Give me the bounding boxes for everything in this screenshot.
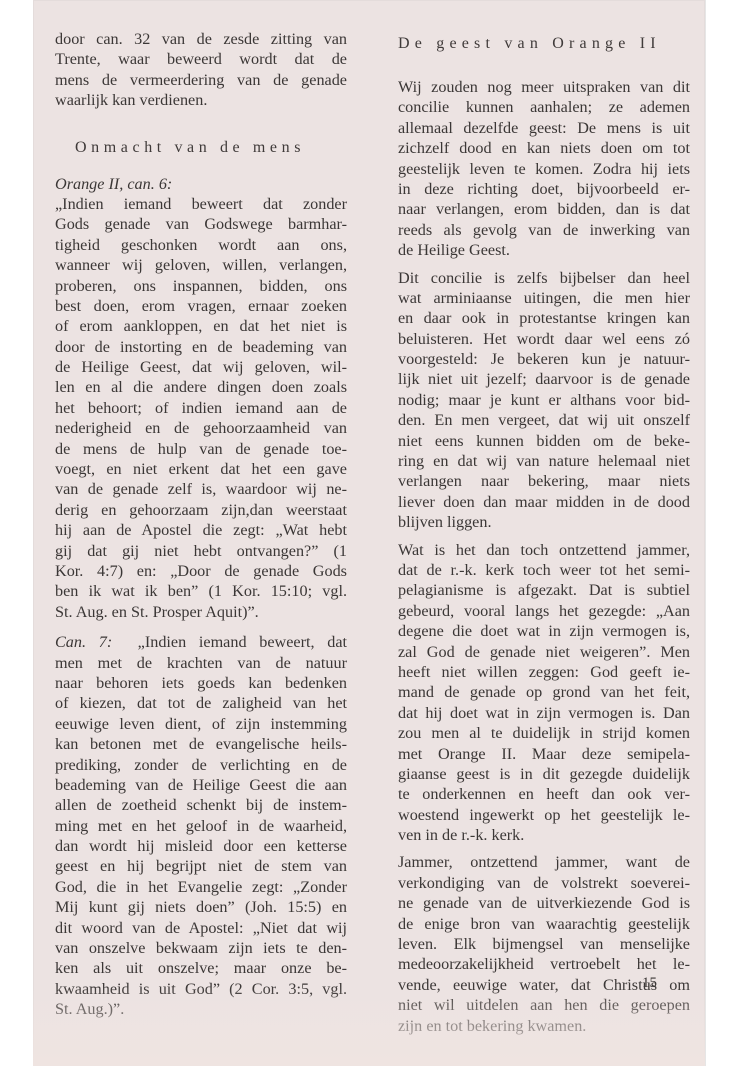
text-line: St. Aug. en St. Prosper Aquit)”.: [55, 602, 347, 622]
text-line: degene die doet wat in zijn vermogen is,: [398, 621, 690, 641]
text-line: zou men al te duidelijk in strijd komen: [398, 723, 690, 743]
spacer: [398, 55, 690, 77]
text-line: dan wordt hij misleid door een ketterse: [55, 836, 347, 856]
text-line: leven. Elk bijmengsel van menselijke: [398, 934, 690, 954]
text-line: en daar ook in protestantse kringen kan: [398, 308, 690, 328]
spacer: [55, 159, 347, 174]
text-line: zichzelf dood en kan niets doen om tot: [398, 138, 690, 158]
text-line: derig en gehoorzaam zijn,dan weerstaat: [55, 500, 347, 520]
text-line: St. Aug.)”.: [55, 999, 347, 1019]
text-line: dat de r.-k. kerk toch weer tot het semi…: [398, 560, 690, 580]
text-line: verkondiging van de volstrekt soeverei-: [398, 873, 690, 893]
text-line: van onszelve bekwaam zijn iets te den-: [55, 938, 347, 958]
text-line: de mens de hulp van de genade toe-: [55, 439, 347, 459]
text-line: Gods genade van Godswege barmhar-: [55, 214, 347, 234]
text-line: dit woord van de Apostel: „Niet dat wij: [55, 918, 347, 938]
text-line: Kor. 4:7) en: „Door de genade Gods: [55, 561, 347, 581]
paragraph-3: Wat is het dan toch ontzettend jammer, d…: [398, 540, 690, 846]
text-line: de Heilige Geest.: [398, 240, 690, 260]
text-line: zal God de genade niet weigeren”. Men: [398, 642, 690, 662]
text-line: pelagianisme is afgezakt. Dat is subtiel: [398, 580, 690, 600]
text-line: wat arminiaanse uitingen, die men hier: [398, 288, 690, 308]
section-heading-geest-van-orange: De geest van Orange II: [398, 33, 690, 55]
text-line: ben ik wat ik ben” (1 Kor. 15:10; vgl.: [55, 581, 347, 601]
text-line: Dit concilie is zelfs bijbelser dan heel: [398, 268, 690, 288]
text-line: dat hij doet wat in zijn vermogen is. Da…: [398, 703, 690, 723]
text-line: lijk niet uit jezelf; daarvoor is de gen…: [398, 369, 690, 389]
text-line: naar verlangen, erom bidden, dan is dat: [398, 199, 690, 219]
text-line: len en al die andere dingen doen zoals: [55, 377, 347, 397]
text-line: nederigheid en de gehoorzaamheid van: [55, 418, 347, 438]
paragraph-2: Dit concilie is zelfs bijbelser dan heel…: [398, 268, 690, 533]
text-line: allen de zoetheid schenkt bij de instem-: [55, 795, 347, 815]
left-column: door can. 32 van de zesde zitting van Tr…: [55, 29, 347, 1020]
paragraph-1: Wij zouden nog meer uitspraken van dit c…: [398, 77, 690, 261]
spacer: [55, 111, 347, 137]
section-heading-onmacht: Onmacht van de mens: [55, 137, 347, 159]
text-line: nodig; maar je kunt er althans voor bid-: [398, 390, 690, 410]
canon-6-label: Orange II, can. 6:: [55, 174, 347, 194]
text-line: zijn en tot bekering kwamen.: [398, 1016, 690, 1036]
text-line: Jammer, ontzettend jammer, want de: [398, 852, 690, 872]
text-line: best doen, erom vragen, ernaar zoeken: [55, 296, 347, 316]
text-line: door can. 32 van de zesde zitting van: [55, 29, 347, 49]
text-line: gebeurd, vooral langs het gezegde: „Aan: [398, 601, 690, 621]
text-line: eeuwige leven dient, of zijn instemming: [55, 714, 347, 734]
text-line: het behoort; of indien iemand aan de: [55, 398, 347, 418]
text-line: tigheid geschonken wordt aan ons,: [55, 235, 347, 255]
text-line: voorgesteld: Je bekeren kun je natuur-: [398, 349, 690, 369]
text-line: ven in de r.-k. kerk.: [398, 825, 690, 845]
text-line: kan betonen met de evangelische heils-: [55, 734, 347, 754]
text-line: of kiezen, dat tot de zaligheid van het: [55, 693, 347, 713]
page-number: 15: [642, 975, 657, 992]
text-line: of erom aankloppen, en dat het niet is: [55, 316, 347, 336]
text-line: te onderkennen en heeft dan ook ver-: [398, 784, 690, 804]
canon-6-block: Orange II, can. 6: „Indien iemand beweer…: [55, 174, 347, 623]
text-line: allemaal dezelfde geest: De mens is uit: [398, 118, 690, 138]
text-line: naar behoren iets goeds kan bedenken: [55, 673, 347, 693]
book-page: door can. 32 van de zesde zitting van Tr…: [33, 0, 705, 1066]
text-line: mens de vermeerdering van de genade: [55, 70, 347, 90]
text-line: men met de krachten van de natuur: [55, 653, 347, 673]
paragraph-4: Jammer, ontzettend jammer, want de verko…: [398, 852, 690, 1036]
text-line: giaanse geest is in dit gezegde duidelij…: [398, 764, 690, 784]
text-line: geestelijk leven te komen. Zodra hij iet…: [398, 159, 690, 179]
text-line: medeoorzakelijkheid vertroebelt het le-: [398, 954, 690, 974]
text-line: beademing van de Heilige Geest die aan: [55, 775, 347, 795]
text-line: Mij kunt gij niets doen” (Joh. 15:5) en: [55, 897, 347, 917]
text-line: Wat is het dan toch ontzettend jammer,: [398, 540, 690, 560]
text-line: geest en hij begrijpt niet de stem van: [55, 856, 347, 876]
text-line: niet wil uitdelen aan hen die geroepen: [398, 995, 690, 1015]
text-line: niet eens kunnen bidden om de beke-: [398, 431, 690, 451]
text-line: woestend ingewerkt op het geestelijk le-: [398, 805, 690, 825]
text-line: proberen, ons inspannen, bidden, ons: [55, 276, 347, 296]
text-line: den. En men vergeet, dat wij uit onszelf: [398, 410, 690, 430]
spacer: [398, 845, 690, 852]
canon-7-block: Can. 7: „Indien iemand beweert, dat men …: [55, 632, 347, 1019]
text-line: prediking, zonder de verlichting en de: [55, 755, 347, 775]
text-line: ring en dat wij van nature helemaal niet: [398, 451, 690, 471]
text-line: met Orange II. Maar deze semipela-: [398, 744, 690, 764]
text-line: voegt, en niet erkent dat het een gave: [55, 459, 347, 479]
text-line: mand de genade op grond van het feit,: [398, 682, 690, 702]
text-line: de Heilige Geest, dat wij geloven, wil-: [55, 357, 347, 377]
text-line: Trente, waar beweerd wordt dat de: [55, 49, 347, 69]
text-line: liever doen dan maar midden in de dood: [398, 492, 690, 512]
text-line: hij aan de Apostel die zegt: „Wat hebt: [55, 520, 347, 540]
text-line: van de genade zelf is, waardoor wij ne-: [55, 479, 347, 499]
text-line: kwaamheid is uit God” (2 Cor. 3:5, vgl.: [55, 979, 347, 999]
text-line: reeds als gevolg van de inwerking van: [398, 220, 690, 240]
text-line: wanneer wij geloven, willen, verlangen,: [55, 255, 347, 275]
text-line: Can. 7: „Indien iemand beweert, dat: [55, 632, 347, 652]
text-line: gij dat gij niet hebt ontvangen?” (1: [55, 541, 347, 561]
text-line: beluisteren. Het wordt daar wel eens zó: [398, 329, 690, 349]
intro-paragraph: door can. 32 van de zesde zitting van Tr…: [55, 29, 347, 111]
text-line: de enige bron van waarachtig geestelijk: [398, 914, 690, 934]
text-line: ken als uit onszelve; maar onze be-: [55, 958, 347, 978]
text-line: ming met en het geloof in de waarheid,: [55, 816, 347, 836]
text-line: Wij zouden nog meer uitspraken van dit: [398, 77, 690, 97]
right-column: De geest van Orange II Wij zouden nog me…: [398, 33, 690, 1036]
text-line: in deze richting doet, bijvoorbeeld er-: [398, 179, 690, 199]
text-line: concilie kunnen aanhalen; ze ademen: [398, 97, 690, 117]
spacer: [398, 261, 690, 268]
text-line: door de instorting en de beademing van: [55, 337, 347, 357]
text-line: blijven liggen.: [398, 512, 690, 532]
text-line: „Indien iemand beweert dat zonder: [55, 194, 347, 214]
text-line: ne genade van de uitverkiezende God is: [398, 893, 690, 913]
canon-7-label: Can. 7:: [55, 633, 112, 651]
canon-7-first-line: „Indien iemand beweert, dat: [138, 633, 347, 651]
spacer: [55, 622, 347, 632]
text-line: God, die in het Evangelie zegt: „Zonder: [55, 877, 347, 897]
text-line: verlangen naar bekering, maar niets: [398, 471, 690, 491]
spacer: [398, 533, 690, 540]
text-line: waarlijk kan verdienen.: [55, 90, 347, 110]
text-line: heeft niet willen zeggen: God geeft ie-: [398, 662, 690, 682]
